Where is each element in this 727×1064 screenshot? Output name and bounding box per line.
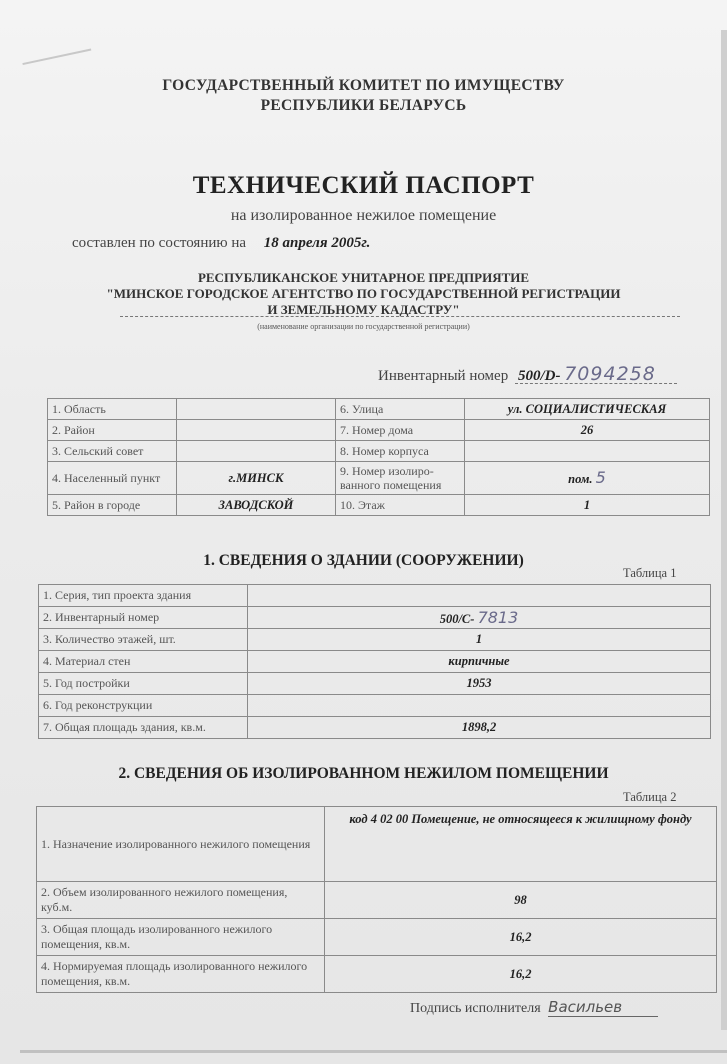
address-value: пом. 5 [465, 462, 710, 495]
address-label: 4. Населенный пункт [48, 462, 177, 495]
row-label: 2. Объем изолированного нежилого помещен… [37, 882, 325, 919]
address-value: г.МИНСК [177, 462, 336, 495]
address-value [177, 441, 336, 462]
table-row: 3. Общая площадь изолированного нежилого… [37, 919, 717, 956]
row-label: 2. Инвентарный номер [39, 607, 248, 629]
inventory-handwritten: 7813 [478, 608, 519, 627]
row-value: 16,2 [325, 919, 717, 956]
premises-info-table: 1. Назначение изолированного нежилого по… [36, 806, 717, 993]
table-row: 4. Нормируемая площадь изолированного не… [37, 956, 717, 993]
row-label: 1. Серия, тип проекта здания [39, 585, 248, 607]
table-1-caption: Таблица 1 [623, 566, 676, 581]
row-value: 1898,2 [248, 717, 711, 739]
row-label: 4. Материал стен [39, 651, 248, 673]
row-label: 3. Общая площадь изолированного нежилого… [37, 919, 325, 956]
document-subtitle: на изолированное нежилое помещение [0, 207, 727, 225]
table-row: 5. Район в городе ЗАВОДСКОЙ 10. Этаж 1 [48, 495, 710, 516]
row-value: 16,2 [325, 956, 717, 993]
address-value [465, 441, 710, 462]
compiled-label: составлен по состоянию на [72, 235, 246, 251]
table-row: 1. Область 6. Улица ул. СОЦИАЛИСТИЧЕСКАЯ [48, 399, 710, 420]
table-row: 7. Общая площадь здания, кв.м.1898,2 [39, 717, 711, 739]
address-label: 10. Этаж [336, 495, 465, 516]
row-label: 3. Количество этажей, шт. [39, 629, 248, 651]
signature-line: Подпись исполнителя Васильев [410, 998, 658, 1017]
committee-line-2: РЕСПУБЛИКИ БЕЛАРУСЬ [0, 96, 727, 116]
row-label: 4. Нормируемая площадь изолированного не… [37, 956, 325, 993]
table-row: 3. Количество этажей, шт.1 [39, 629, 711, 651]
organization-name: РЕСПУБЛИКАНСКОЕ УНИТАРНОЕ ПРЕДПРИЯТИЕ "М… [0, 270, 727, 318]
row-label: 7. Общая площадь здания, кв.м. [39, 717, 248, 739]
table-row: 3. Сельский совет 8. Номер корпуса [48, 441, 710, 462]
row-value: 500/С- 7813 [248, 607, 711, 629]
committee-heading: ГОСУДАРСТВЕННЫЙ КОМИТЕТ ПО ИМУЩЕСТВУ РЕС… [0, 76, 727, 116]
org-underline [120, 316, 680, 317]
compiled-date: 18 апреля 2005г. [264, 235, 371, 251]
row-value: код 4 02 00 Помещение, не относящееся к … [325, 807, 717, 882]
inventory-prefix: 500/D- [518, 368, 561, 384]
table-2-caption: Таблица 2 [623, 790, 676, 805]
inventory-underline [515, 383, 677, 384]
committee-line-1: ГОСУДАРСТВЕННЫЙ КОМИТЕТ ПО ИМУЩЕСТВУ [0, 76, 727, 96]
inventory-handwritten: 7094258 [564, 363, 656, 385]
table-row: 6. Год реконструкции [39, 695, 711, 717]
address-label: 2. Район [48, 420, 177, 441]
table-row: 1. Назначение изолированного нежилого по… [37, 807, 717, 882]
row-value: кирпичные [248, 651, 711, 673]
org-line-2: "МИНСКОЕ ГОРОДСКОЕ АГЕНТСТВО ПО ГОСУДАРС… [0, 286, 727, 302]
section-2-title: 2. СВЕДЕНИЯ ОБ ИЗОЛИРОВАННОМ НЕЖИЛОМ ПОМ… [0, 765, 727, 783]
address-value: ул. СОЦИАЛИСТИЧЕСКАЯ [465, 399, 710, 420]
table-row: 4. Населенный пункт г.МИНСК 9. Номер изо… [48, 462, 710, 495]
table-row: 4. Материал стенкирпичные [39, 651, 711, 673]
address-label: 6. Улица [336, 399, 465, 420]
inventory-label: Инвентарный номер [378, 368, 508, 384]
row-value [248, 695, 711, 717]
corner-handwriting-mark [19, 31, 92, 65]
inventory-prefix: 500/С- [440, 612, 475, 626]
document-page: ГОСУДАРСТВЕННЫЙ КОМИТЕТ ПО ИМУЩЕСТВУ РЕС… [0, 0, 727, 1064]
address-label: 8. Номер корпуса [336, 441, 465, 462]
row-label: 6. Год реконструкции [39, 695, 248, 717]
address-value [177, 399, 336, 420]
row-label: 5. Год постройки [39, 673, 248, 695]
room-prefix: пом. [568, 472, 592, 486]
page-bottom-shadow [20, 1050, 727, 1053]
section-1-title: 1. СВЕДЕНИЯ О ЗДАНИИ (СООРУЖЕНИИ) [0, 552, 727, 570]
address-label: 5. Район в городе [48, 495, 177, 516]
row-value: 1 [248, 629, 711, 651]
org-line-1: РЕСПУБЛИКАНСКОЕ УНИТАРНОЕ ПРЕДПРИЯТИЕ [0, 270, 727, 286]
table-row: 2. Инвентарный номер500/С- 7813 [39, 607, 711, 629]
table-row: 1. Серия, тип проекта здания [39, 585, 711, 607]
row-value: 1953 [248, 673, 711, 695]
row-value: 98 [325, 882, 717, 919]
building-info-table: 1. Серия, тип проекта здания 2. Инвентар… [38, 584, 711, 739]
address-value: ЗАВОДСКОЙ [177, 495, 336, 516]
address-value [177, 420, 336, 441]
address-label: 9. Номер изолиро-ванного помещения [336, 462, 465, 495]
table-row: 5. Год постройки1953 [39, 673, 711, 695]
table-row: 2. Объем изолированного нежилого помещен… [37, 882, 717, 919]
row-label: 1. Назначение изолированного нежилого по… [37, 807, 325, 882]
address-label: 3. Сельский совет [48, 441, 177, 462]
inventory-number: Инвентарный номер 500/D- 7094258 [378, 363, 656, 385]
org-caption: (наименование организации по государстве… [0, 322, 727, 331]
address-label: 1. Область [48, 399, 177, 420]
address-value: 1 [465, 495, 710, 516]
address-value: 26 [465, 420, 710, 441]
compiled-date-line: составлен по состоянию на 18 апреля 2005… [72, 235, 370, 252]
table-row: 2. Район 7. Номер дома 26 [48, 420, 710, 441]
address-table: 1. Область 6. Улица ул. СОЦИАЛИСТИЧЕСКАЯ… [47, 398, 710, 516]
signature-label: Подпись исполнителя [410, 1001, 541, 1016]
address-label: 7. Номер дома [336, 420, 465, 441]
signature: Васильев [548, 998, 658, 1017]
room-number-handwritten: 5 [596, 468, 606, 487]
document-title: ТЕХНИЧЕСКИЙ ПАСПОРТ [0, 172, 727, 200]
row-value [248, 585, 711, 607]
